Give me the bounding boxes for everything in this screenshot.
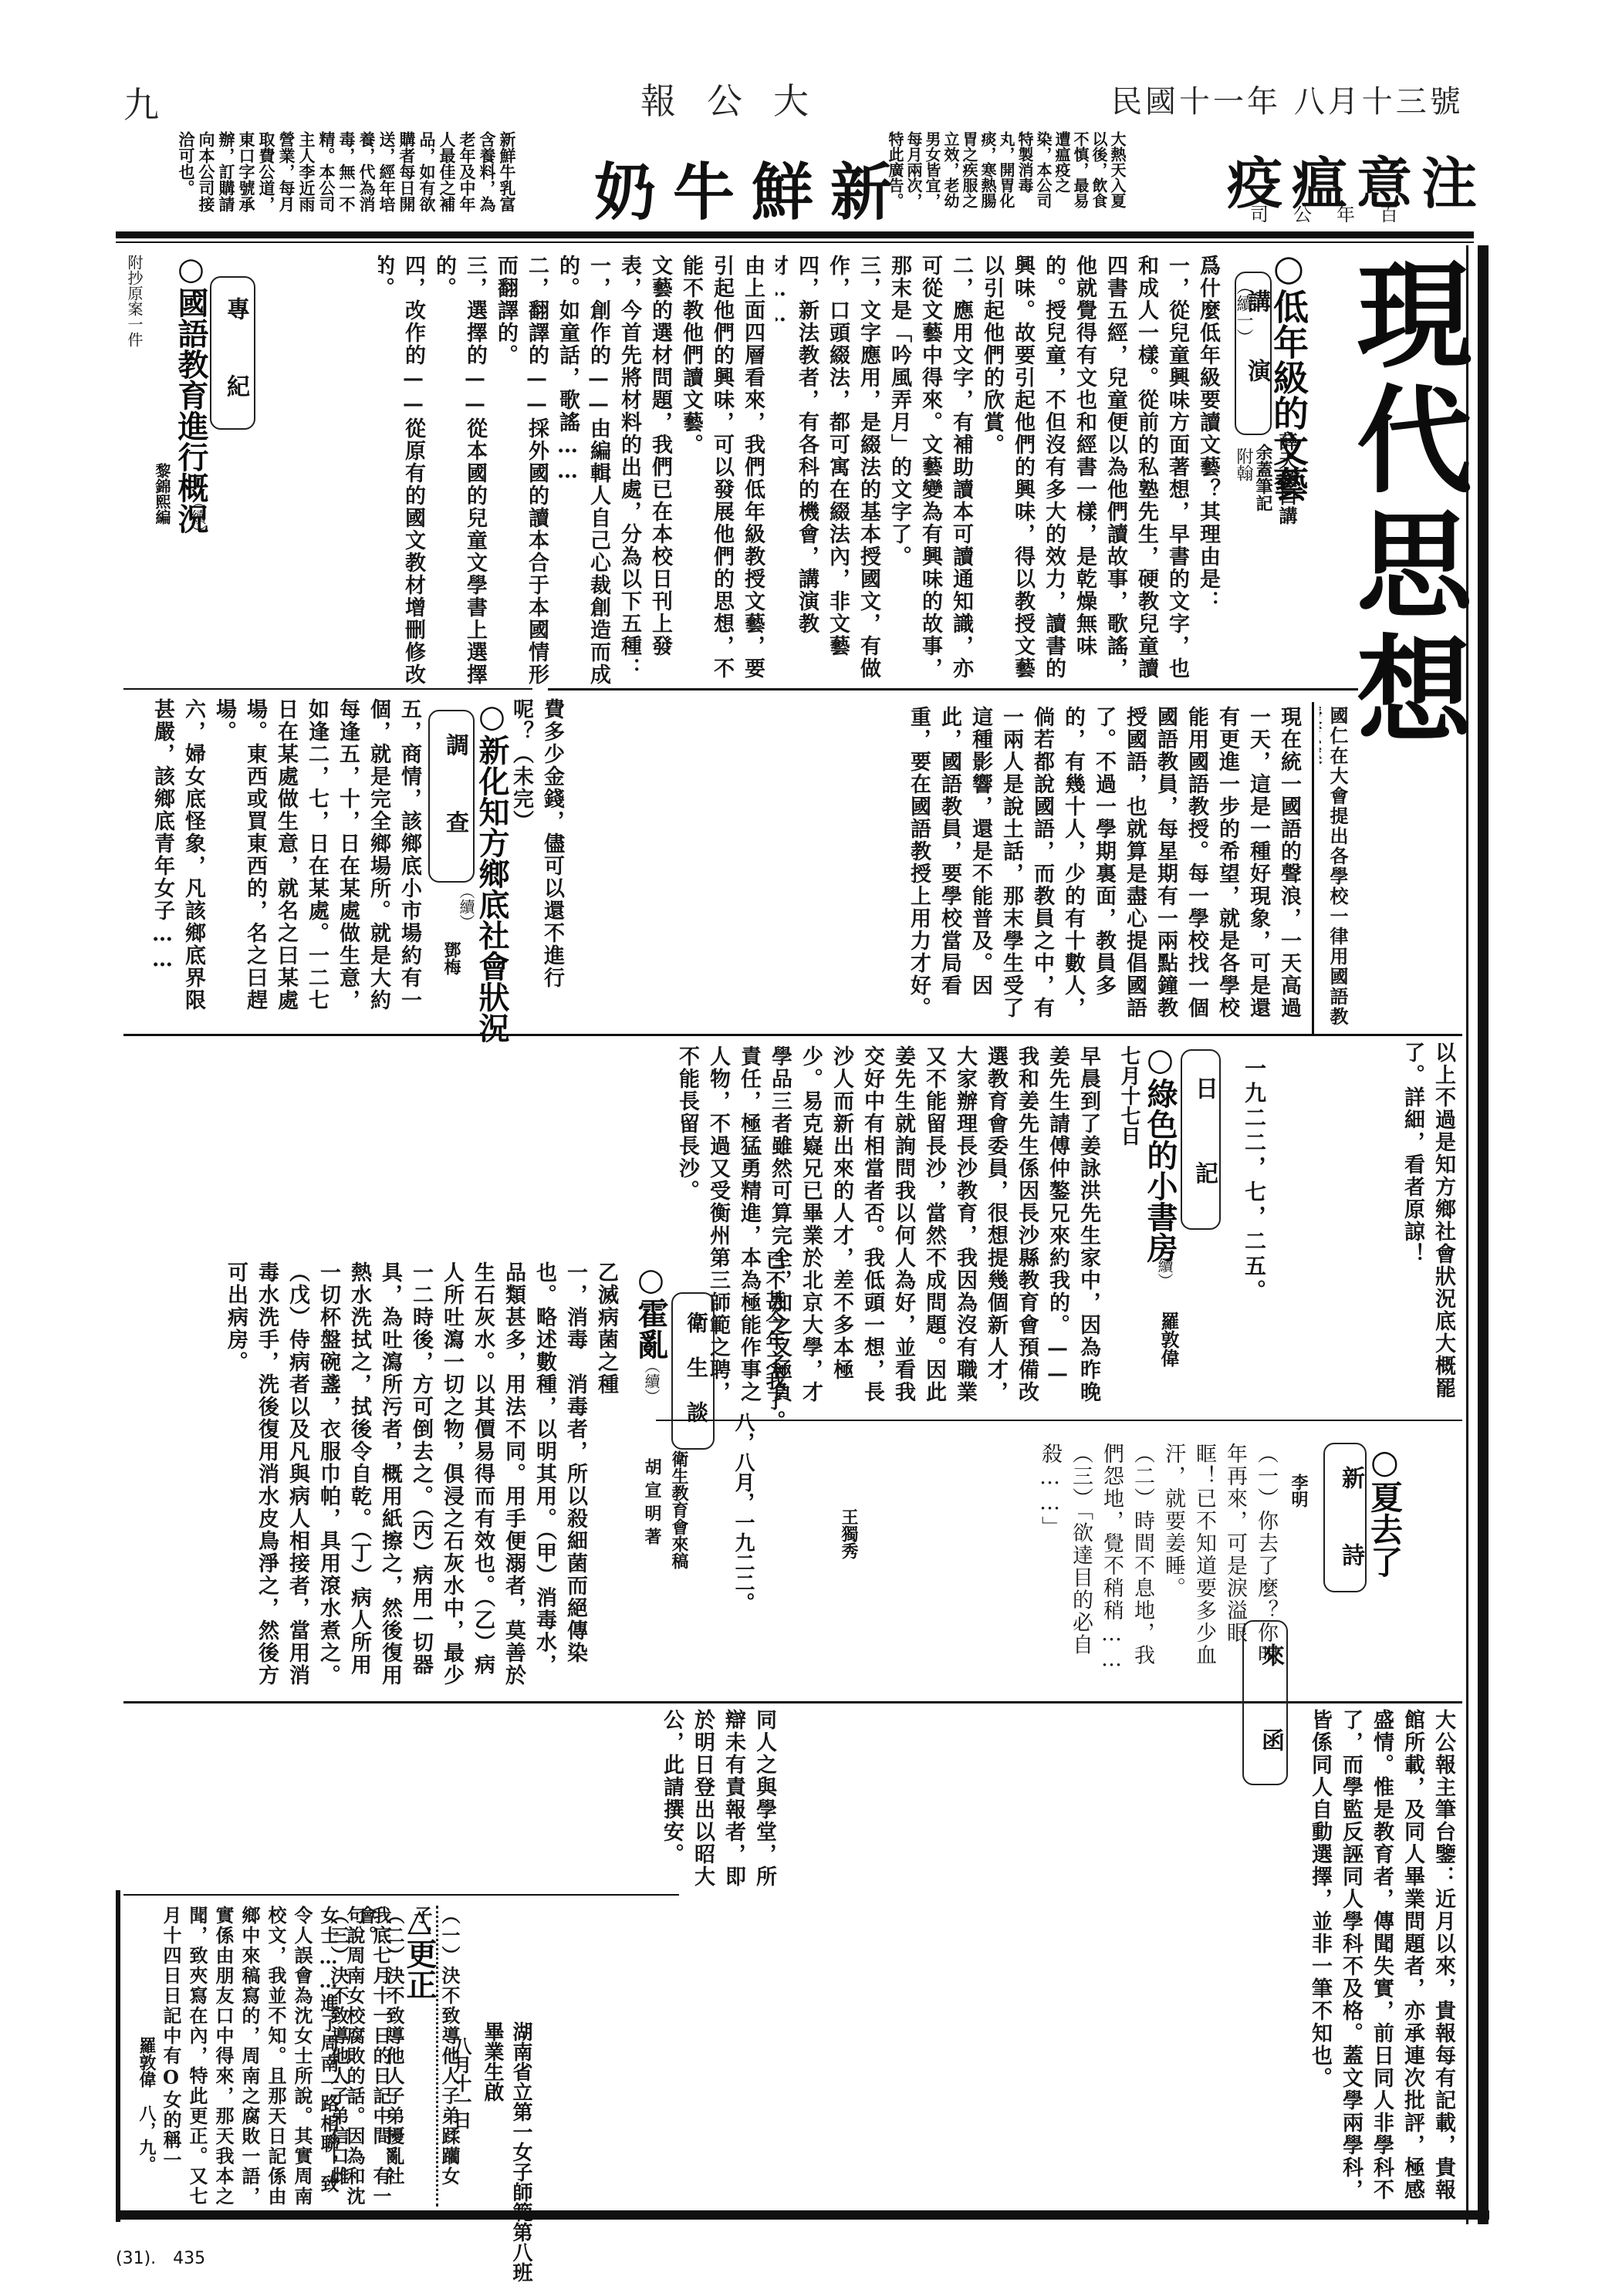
footer-page-code: (31). 435 xyxy=(116,2245,205,2269)
plague-ad-body: 大熱天入夏以後，飲食不慎，最易遭瘟疫之染，本公司特製消毒丸，開胃化痰，寒熱腸胃之… xyxy=(887,131,1127,222)
hygiene-author: 胡宣明著 xyxy=(640,1458,664,1551)
rule-band2 xyxy=(123,1034,1462,1036)
plague-ad-company: 百年公司 xyxy=(1250,199,1423,226)
page-number: 九 xyxy=(123,77,159,128)
diary-author: 羅敦偉 xyxy=(1155,1312,1182,1367)
diary-continued: （續） xyxy=(1154,1242,1176,1288)
hygiene-title: ○霍亂 xyxy=(633,1261,668,1359)
hygiene-note: 已不甚今年之我了。 xyxy=(760,1250,789,1430)
poem-stanza: （三）「欲達目的必自殺……」 xyxy=(1034,1443,1096,1674)
lecture-body-2: 由上面四層看來，我們低年級教授文藝，要引起他們的興味，可以發展他們的思想，不能不… xyxy=(378,255,768,687)
diary-survey-tail: 以上不過是知方鄉社會狀況底大概罷了。詳細，看者原諒！ xyxy=(1285,1042,1458,1404)
proposal-body: 現在統一國語的聲浪，一天高過一天，這是一種好現象，可是還有更進一步的希望，就是各… xyxy=(872,706,1304,1030)
poem-author: 李明 xyxy=(1287,1474,1311,1508)
hygiene-org: 衛生教育會來稿 xyxy=(667,1450,691,1569)
lecture-para: 三，文字應用，是綴法的基本授國文，有做作，口頭綴法，都可寓在綴法內，非文藝 xyxy=(822,255,884,687)
issue-date: 民國十一年 八月十三號 xyxy=(1111,77,1464,121)
milk-ad-title: 新鮮牛奶 xyxy=(594,143,909,231)
correction-body: 我底七月十一日的日記中間，有一句說周南女校腐敗的話。因為和沈女士……進了周南一路… xyxy=(162,1906,394,2207)
lecture-para: 一，創作的——由編輯人自己心裁創造而成的。如童話，歌謠…… xyxy=(552,255,613,687)
correction-signed: 羅敦偉 八，九。 xyxy=(135,2037,159,2173)
lecture-para: 由上面四層看來，我們低年級教授文藝，要引起他們的興味，可以發展他們的思想，不能不… xyxy=(675,255,768,687)
letter-date: 八月十一日 xyxy=(448,2037,475,2129)
letter-signed: 湖南省立第一女子師範第八班畢業生啟 xyxy=(478,2021,536,2296)
proposal-divider xyxy=(1312,702,1314,1034)
lecture-para: 三，選擇的——從本國的兒童文學書上選擇的。 xyxy=(428,255,490,687)
frame-right xyxy=(1478,245,1489,2224)
lecture-para: 四，新法教者，有各科的機會，講演教材…… xyxy=(776,255,822,687)
section-title: 現代思想 xyxy=(1347,255,1462,755)
hygiene-para: 一，消毒 消毒者，所以殺細菌而絕傳染也。略述數種，以明其用。（甲）消毒水，品類甚… xyxy=(220,1261,590,1693)
hygiene-para: 乙滅病菌之種 xyxy=(590,1261,621,1693)
survey-body: 五，商情，該鄉底小市場約有一個，就是完全鄉場所。就是大約每逢五，十，日在某處做生… xyxy=(123,698,424,1022)
diary-title: ○綠色的小書房 xyxy=(1142,1042,1178,1263)
diary-survey-date: 一九二二，七，二五。 xyxy=(1238,1057,1269,1304)
diary-date-head: 七月十七日 xyxy=(1115,1045,1144,1146)
poem-title: ○夏去了 xyxy=(1366,1443,1403,1578)
poem-body: （一）你去了麼？你明年再來，可是淚溢眼眶！已不知道要多少血汗，就要姜睡。 （二）… xyxy=(803,1443,1281,1674)
lecture-para: 四，改作的——從原有的國文教材增刪修改的。 xyxy=(378,255,428,687)
diary-box-label: 日記 xyxy=(1187,1076,1221,1246)
diary-body: 早晨到了姜詠洪先生家中，因為昨晚姜先生請傅仲鏊兄來約我的。——我和姜先生係因長沙… xyxy=(656,1045,1103,1408)
lecture-continued: （續一） xyxy=(1232,278,1255,346)
frame-left xyxy=(116,1890,120,2222)
rule-band1-right xyxy=(548,688,1358,690)
survey-continued: （續） xyxy=(455,883,478,930)
rule-band5-left xyxy=(123,1894,679,1896)
hygiene-body: 乙滅病菌之種 一，消毒 消毒者，所以殺細菌而絕傳染也。略述數種，以明其用。（甲）… xyxy=(123,1261,621,1693)
hygiene-continued: （續） xyxy=(640,1358,663,1404)
hygiene-box-label: 衛生談 xyxy=(681,1312,711,1446)
lecture-speaker: 薛天漢口講 xyxy=(1273,432,1300,525)
lecture-para: 文藝的選材問題，我們已在本校日刊上發表，今首先將材料的出處，分為以下五種： xyxy=(613,255,675,687)
poem-stanza: （二）時間不息地，我們怨地，覺不稍稍…… xyxy=(1096,1443,1157,1674)
lecture-appendix: 附翰 xyxy=(1232,447,1255,481)
special-continued: （續） xyxy=(187,494,209,540)
special-title: ○國語教育進行概況 xyxy=(174,251,208,534)
frame-bottom xyxy=(116,2210,1489,2220)
survey-tail: 費多少金錢，儘可以還不進行呢？（未完） xyxy=(513,698,567,1022)
poem-box-label: 新詩 xyxy=(1333,1466,1367,1620)
correction-title: △更正 xyxy=(401,1902,437,2000)
letter-closing: 同人之與學堂，所辯未有責報者，即於明日登出以昭大公，此請撰安。 xyxy=(440,1709,779,1894)
poem-signature: 王獨秀 xyxy=(837,1508,861,1559)
survey-author: 鄧梅 xyxy=(440,941,464,975)
lecture-body-1: 爲什麼低年級要讀文藝？其理由是： 一，從兒童興味方面著想，早書的文字，也和成人一… xyxy=(776,255,1223,687)
hygiene-date: 八，八月，一九二二。 xyxy=(729,1412,758,1612)
rule-band1-left xyxy=(123,688,532,690)
lecture-para: 二，翻譯的——採外國的讀本合于本國情形而翻譯的。 xyxy=(490,255,552,687)
special-box-label: 專紀 xyxy=(218,297,252,451)
top-rule-thick xyxy=(116,231,1474,238)
proposal-heading: 國仁在大會提出各學校一律用國語教授原案 xyxy=(1320,706,1350,1030)
top-rule-thin xyxy=(116,241,1474,243)
letter-body: 大公報主筆台鑒：近月以來，貴報每有記載，貴報館所載，及同人畢業問題者，亦承連次批… xyxy=(787,1709,1458,2203)
lecture-para: 一，從兒童興味方面著想，早書的文字，也和成人一樣。從前的私塾先生，硬教兒童讀四書… xyxy=(976,255,1192,687)
survey-box-label: 調查 xyxy=(438,733,471,887)
survey-para: 五，商情，該鄉底小市場約有一個，就是完全鄉場所。就是大約每逢五，十，日在某處做生… xyxy=(208,698,424,1022)
special-author: 黎錦熙編 xyxy=(151,463,174,525)
lecture-para: 爲什麼低年級要讀文藝？其理由是： xyxy=(1192,255,1223,687)
milk-ad-body: 新鮮牛乳富含養料，為老年及中年人最佳之補品，如有欲購者每日開送，經年培養，代為消… xyxy=(116,131,517,222)
special-sub: 附抄原案一件 xyxy=(123,255,146,347)
lecture-para: 二，應用文字，有補助讀本可讀通知識，亦可從文藝中得來。文藝變為有興味的故事，那末… xyxy=(884,255,976,687)
paper-name: 大公報 xyxy=(640,73,840,124)
survey-title: ○新化知方鄉底社會狀況 xyxy=(475,698,509,1043)
survey-para: 六，婦女底怪象，凡該鄉底界限甚嚴，該鄉底青年女子…… xyxy=(147,698,208,1022)
